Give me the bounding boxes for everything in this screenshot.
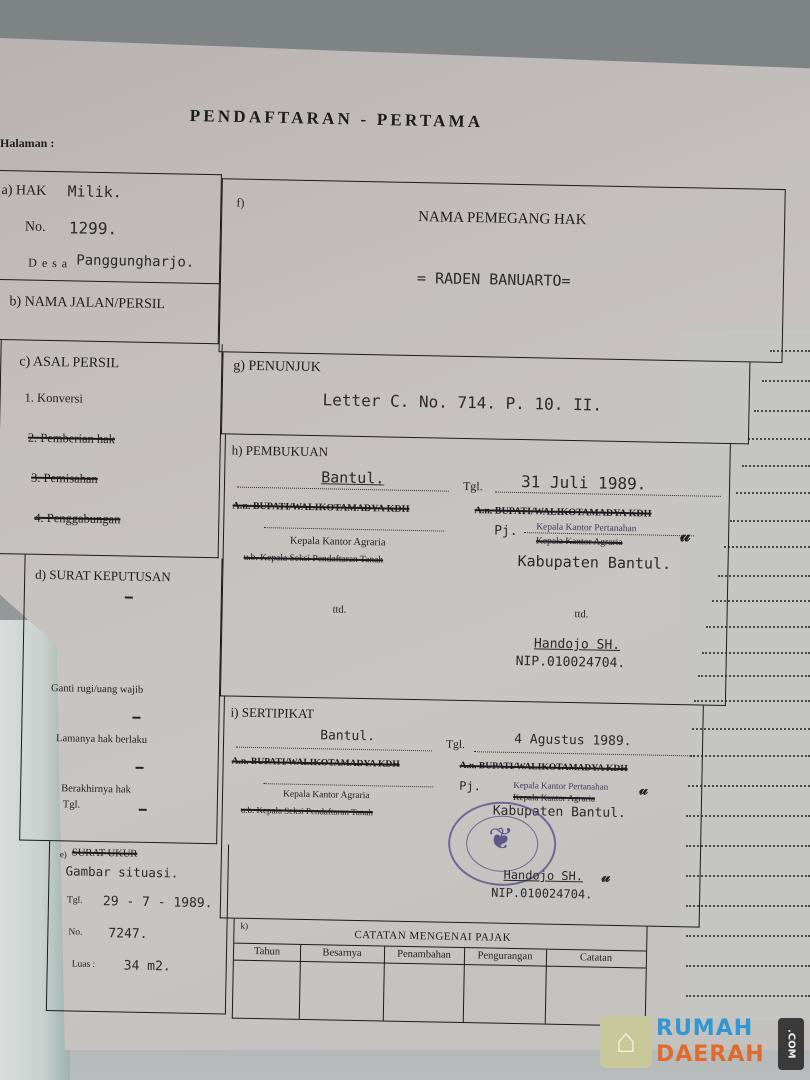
pembukuan-kepala-left: Kepala Kantor Agraria [290,536,386,549]
surat-ukur-type: Gambar situasi. [65,863,178,880]
desa-value: Panggungharjo. [76,252,194,270]
watermark-top: RUMAH [656,1016,753,1041]
watermark-bottom: DAERAH [656,1042,765,1067]
registration-form: a) HAK Milik. No. 1299. D e s a Panggung… [0,170,790,1045]
sertipikat-kepala-agraria-struck: Kepala Kantor Agraria [513,792,595,804]
section-pembukuan: h) PEMBUKUAN Bantul. Tgl. 31 Juli 1989. … [220,434,731,706]
lamanya-value [136,767,144,769]
pembukuan-signer: Handojo SH. [534,636,620,653]
paraf-mark: 𝓊 [601,868,610,886]
section-surat-keputusan: d) SURAT KEPUTUSAN Ganti rugi/uang wajib… [19,555,222,845]
pembukuan-kepala-agraria-struck: Kepala Kantor Agraria [536,536,623,548]
halaman-label: Halaman : [0,136,54,151]
luas-label: Luas : [72,960,96,970]
pembukuan-nip: NIP.010024704. [516,654,626,671]
section-penunjuk: g) PENUNJUK Letter C. No. 714. P. 10. II… [221,352,750,444]
pembukuan-struck-right: A.n. BUPATI/WALIKOTAMADYA KDH [474,505,651,519]
sertipikat-tgl-label: Tgl. [446,739,465,751]
watermark-suffix: .COM [778,1018,804,1070]
pajak-table: Tahun Besarnya Penambahan Pengurangan Ca… [233,943,646,1025]
garuda-emblem-icon: ❦ [488,821,514,856]
pembukuan-ttd-left: ttd. [333,604,347,615]
desa-label: D e s a [28,256,68,272]
berakhir-tgl-label: Tgl. [63,799,80,810]
section-surat-ukur: e) SURAT UKUR Gambar situasi. Tgl. 29 - … [46,841,229,1014]
pajak-letter: k) [240,921,248,931]
surat-keputusan-value [125,596,133,598]
pembukuan-pj: Pj. [494,524,518,539]
section-pajak: k) CATATAN MENGENAI PAJAK Tahun Besarnya… [232,919,648,1027]
pajak-heading: CATATAN MENGENAI PAJAK [354,929,511,944]
sertipikat-struck-left: A.n. BUPATI/WALIKOTAMADYA KDH [232,757,400,770]
sertipikat-nip: NIP.010024704. [491,886,592,902]
pembukuan-kabupaten: Kabupaten Bantul. [517,552,671,573]
section-pemegang-hak: f) NAMA PEMEGANG HAK = RADEN BANUARTO= [219,178,786,363]
column-header-catatan: Catatan [546,952,646,965]
asal-item-1: 1. Konversi [24,391,83,407]
lamanya-label: Lamanya hak berlaku [56,733,147,746]
pemegang-hak-heading: NAMA PEMEGANG HAK [418,209,587,229]
surat-ukur-no-label: No. [68,927,82,937]
pemegang-hak-name: = RADEN BANUARTO= [417,269,571,290]
section-nama-jalan: b) NAMA JALAN/PERSIL [0,280,220,344]
pemegang-hak-letter: f) [236,196,244,211]
surat-ukur-tgl: 29 - 7 - 1989. [103,894,213,911]
surat-ukur-label: SURAT UKUR [72,848,138,860]
penunjuk-label: g) PENUNJUK [233,359,321,377]
section-asal-persil: c) ASAL PERSIL 1. Konversi 2. Pemberian … [0,340,223,558]
pembukuan-tgl-label: Tgl. [463,479,483,494]
sertipikat-kepala-left: Kepala Kantor Agraria [283,790,370,802]
nama-jalan-label: b) NAMA JALAN/PERSIL [9,294,165,313]
asal-item-4: 4. Penggabungan [34,511,120,528]
penunjuk-value: Letter C. No. 714. P. 10. II. [322,390,602,414]
pembukuan-ttd-right: ttd. [574,609,588,620]
pembukuan-struck-left: A.n. BUPATI/WALIKOTAMADYA KDH [232,501,409,515]
column-header-tahun: Tahun [234,946,300,958]
berakhir-label: Berakhirnya hak [61,783,131,795]
pembukuan-kepala-pertanahan: Kepala Kantor Pertanahan [536,522,636,534]
ganti-rugi-label: Ganti rugi/uang wajib [51,683,143,696]
surat-ukur-prefix: e) [60,849,67,859]
sertipikat-pj: Pj. [459,779,481,793]
pembukuan-label: h) PEMBUKUAN [232,443,329,461]
sertipikat-signer: Handojo SH. [503,868,583,884]
hak-no-label: No. [25,219,46,235]
section-hak: a) HAK Milik. No. 1299. D e s a Panggung… [0,170,222,284]
sertipikat-struck-right: A.n. BUPATI/WALIKOTAMADYA KDH [460,761,628,774]
hak-type: Milik. [67,182,122,201]
paraf-mark: 𝓊 [680,525,691,546]
hak-label: a) HAK [1,183,46,200]
sertipikat-place: Bantul. [320,728,375,744]
house-icon: ⌂ [600,1016,652,1068]
pembukuan-place: Bantul. [321,468,385,487]
section-sertipikat: i) SERTIPIKAT Bantul. Tgl. 4 Agustus 198… [220,696,704,927]
sertipikat-date: 4 Agustus 1989. [514,732,632,749]
berakhir-value [139,809,147,811]
sertipikat-label: i) SERTIPIKAT [230,705,314,723]
pembukuan-date: 31 Juli 1989. [521,472,647,493]
sertipikat-kepala-pertanahan: Kepala Kantor Pertanahan [513,780,608,792]
asal-item-2: 2. Pemberian hak [28,431,115,448]
ganti-rugi-value [132,717,140,719]
column-header-penambahan: Penambahan [384,949,464,962]
luas-value: 34 m2. [124,959,171,975]
sertipikat-ub-struck: u.b. Kepala Seksi Pendaftaran Tanah [241,805,373,818]
column-header-besarnya: Besarnya [300,947,384,960]
watermark-logo: ⌂ RUMAH DAERAH .COM [600,1016,806,1072]
asal-persil-label: c) ASAL PERSIL [19,354,119,372]
surat-ukur-no: 7247. [108,926,147,942]
paraf-mark: 𝓊 [639,780,648,798]
pembukuan-ub-struck: u.b. Kepala Seksi Pendaftaran Tanah [244,553,384,566]
surat-ukur-tgl-label: Tgl. [67,895,83,905]
column-header-pengurangan: Pengurangan [464,950,546,963]
surat-keputusan-label: d) SURAT KEPUTUSAN [35,567,171,586]
hak-no: 1299. [69,218,118,238]
asal-item-3: 3. Pemisahan [31,471,98,487]
